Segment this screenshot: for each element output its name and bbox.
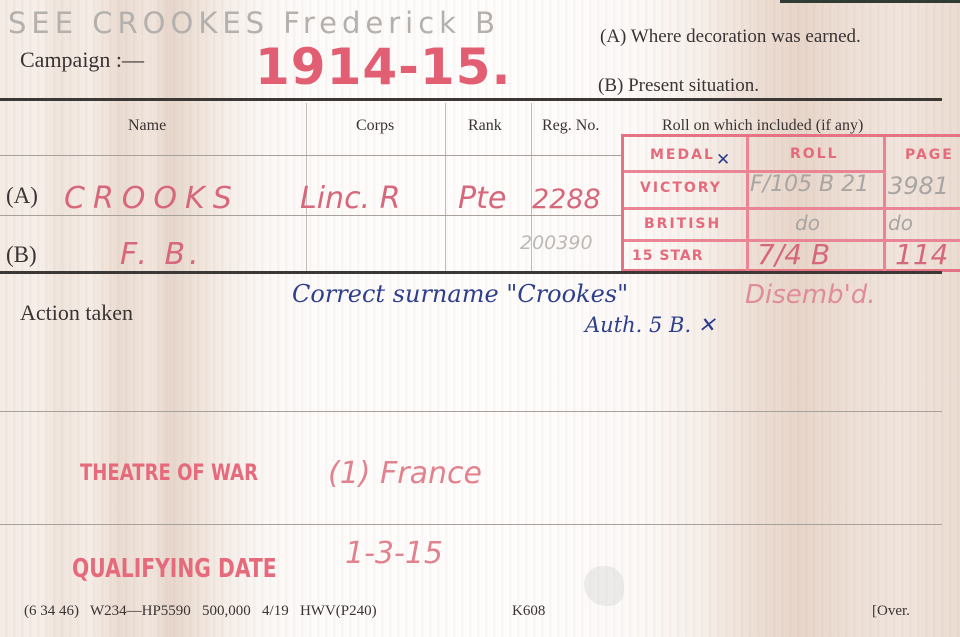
pencil-cross-reference: SEE CROOKES Frederick B (8, 6, 500, 40)
medal-15-star: 15 STAR (632, 248, 704, 264)
action-note-line1: Correct surname "Crookes" (292, 280, 628, 308)
page-british: do (888, 211, 913, 235)
legend-a: (A) Where decoration was earned. (600, 26, 861, 48)
action-bottom-rule (0, 411, 942, 412)
medal-header: MEDAL (650, 147, 715, 163)
theatre-bottom-rule (0, 524, 942, 525)
column-header-name: Name (128, 117, 166, 135)
campaign-stamp: 1914-15. (255, 38, 512, 96)
column-divider (445, 103, 446, 271)
roll-british: do (795, 211, 820, 235)
row-b-reg-no: 200390 (520, 232, 593, 254)
header-rule (0, 98, 942, 101)
page-victory: 3981 (888, 172, 949, 200)
legend-b: (B) Present situation. (598, 75, 759, 97)
row-a-marker: (A) (6, 183, 38, 209)
action-note-line2: Auth. 5 B. ✕ (585, 313, 715, 337)
page-header: PAGE (905, 147, 954, 163)
qualifying-date-value: 1-3-15 (345, 536, 443, 571)
theatre-of-war-stamp: THEATRE OF WAR (80, 461, 258, 486)
paper-stain (584, 566, 624, 606)
form-number: K608 (512, 603, 545, 620)
print-code: (6 34 46) W234—HP5590 500,000 4/19 HWV(P… (24, 603, 377, 620)
header-row-rule (0, 155, 622, 156)
roll-victory: F/105 B 21 (750, 172, 869, 197)
scan-edge (780, 0, 960, 3)
disembarked-note: Disemb'd. (745, 280, 876, 310)
medal-british: BRITISH (644, 216, 721, 232)
column-header-reg-no: Reg. No. (542, 117, 599, 135)
column-header-roll: Roll on which included (if any) (662, 117, 863, 135)
row-b-name: F. B. (120, 237, 203, 272)
row-b-marker: (B) (6, 242, 37, 268)
roll-header: ROLL (790, 146, 839, 162)
column-header-rank: Rank (468, 117, 502, 135)
row-a-rank: Pte (458, 181, 506, 216)
column-header-corps: Corps (356, 117, 394, 135)
roll-15-star: 7/4 B (757, 238, 830, 271)
check-mark-icon: ✕ (716, 150, 730, 170)
row-a-corps: Linc. R (300, 181, 400, 216)
row-a-name: CROOKS (64, 181, 240, 216)
action-taken-label: Action taken (20, 300, 133, 326)
medal-victory: VICTORY (640, 180, 722, 196)
row-a-reg-no: 2288 (532, 184, 601, 215)
theatre-of-war-value: (1) France (328, 456, 482, 491)
table-bottom-rule (0, 271, 942, 274)
qualifying-date-stamp: QUALIFYING DATE (72, 554, 277, 584)
over-indicator: [Over. (872, 603, 910, 620)
medal-index-card: SEE CROOKES Frederick B Campaign :— 1914… (0, 0, 960, 637)
page-15-star: 114 (895, 238, 948, 271)
campaign-label: Campaign :— (20, 47, 144, 73)
